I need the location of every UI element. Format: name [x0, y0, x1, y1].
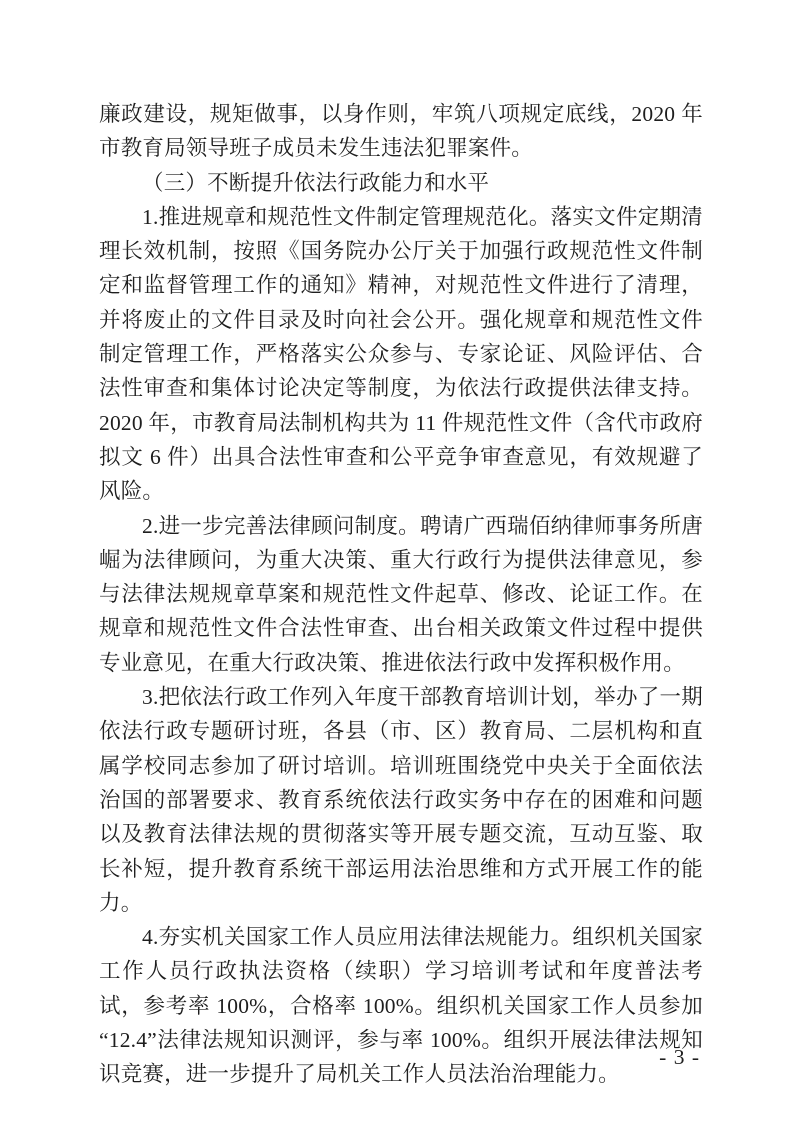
paragraph-item-1: 1.推进规章和规范性文件制定管理规范化。落实文件定期清理长效机制，按照《国务院办…	[99, 200, 703, 509]
paragraph-item-4: 4.夯实机关国家工作人员应用法律法规能力。组织机关国家工作人员行政执法资格（续职…	[99, 920, 703, 1091]
paragraph-item-3: 3.把依法行政工作列入年度干部教育培训计划，举办了一期依法行政专题研讨班，各县（…	[99, 680, 703, 920]
document-body: 廉政建设，规矩做事，以身作则，牢筑八项规定底线，2020 年市教育局领导班子成员…	[99, 97, 703, 1092]
paragraph-item-2: 2.进一步完善法律顾问制度。聘请广西瑞佰纳律师事务所唐崛为法律顾问，为重大决策、…	[99, 509, 703, 680]
section-heading: （三）不断提升依法行政能力和水平	[99, 166, 703, 200]
paragraph-continuation: 廉政建设，规矩做事，以身作则，牢筑八项规定底线，2020 年市教育局领导班子成员…	[99, 97, 703, 166]
page-number: - 3 -	[659, 1044, 700, 1070]
document-page: 廉政建设，规矩做事，以身作则，牢筑八项规定底线，2020 年市教育局领导班子成员…	[0, 0, 800, 1131]
